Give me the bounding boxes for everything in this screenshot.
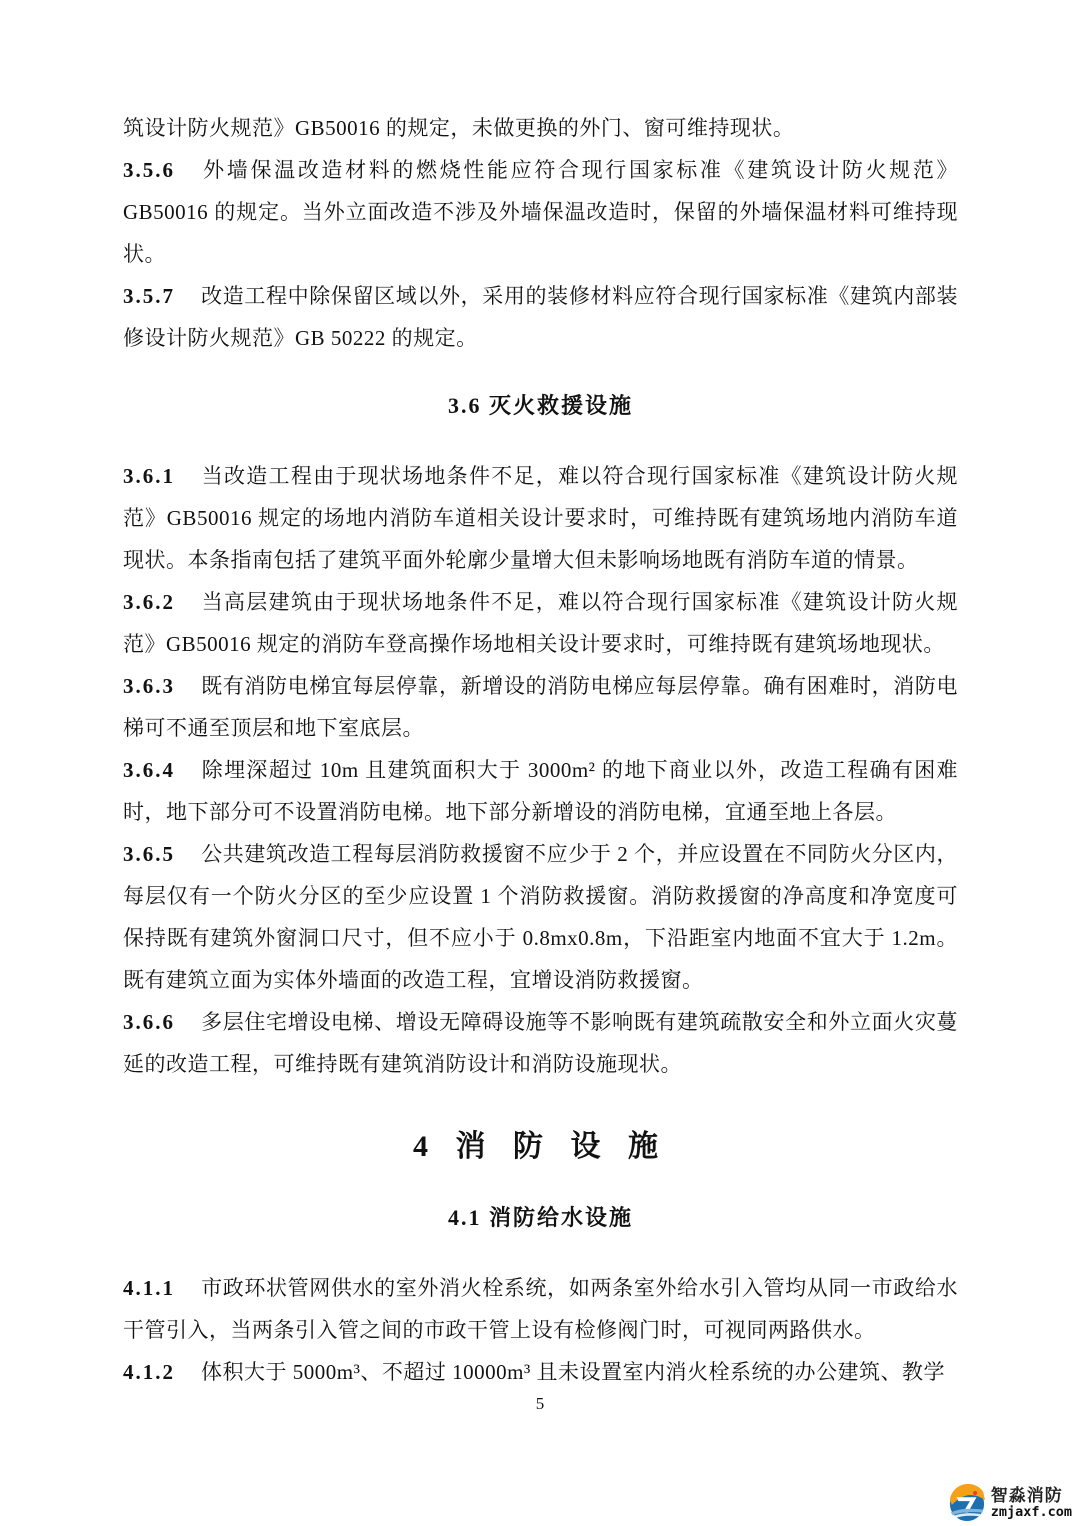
clause-3-6-6: 3.6.6多层住宅增设电梯、增设无障碍设施等不影响既有建筑疏散安全和外立面火灾蔓…	[123, 1001, 958, 1085]
zhimiao-logo-icon	[948, 1484, 986, 1522]
clause-number: 3.5.7	[123, 284, 175, 308]
clause-number: 3.6.5	[123, 842, 175, 866]
clause-3-6-2: 3.6.2当高层建筑由于现状场地条件不足，难以符合现行国家标准《建筑设计防火规范…	[123, 581, 958, 665]
clause-3-6-1: 3.6.1当改造工程由于现状场地条件不足，难以符合现行国家标准《建筑设计防火规范…	[123, 455, 958, 581]
document-page: 筑设计防火规范》GB50016 的规定，未做更换的外门、窗可维持现状。 3.5.…	[0, 0, 1080, 1526]
section-heading-4-1: 4.1 消防给水设施	[123, 1197, 958, 1239]
watermark-brand-name: 智淼消防	[991, 1487, 1072, 1505]
clause-3-6-5: 3.6.5公共建筑改造工程每层消防救援窗不应少于 2 个，并应设置在不同防火分区…	[123, 833, 958, 1001]
clause-3-5-7: 3.5.7改造工程中除保留区域以外，采用的装修材料应符合现行国家标准《建筑内部装…	[123, 275, 958, 359]
clause-text: 多层住宅增设电梯、增设无障碍设施等不影响既有建筑疏散安全和外立面火灾蔓延的改造工…	[123, 1010, 958, 1076]
section-heading-3-6: 3.6 灭火救援设施	[123, 385, 958, 427]
clause-number: 4.1.2	[123, 1360, 175, 1384]
chapter-heading-4: 4 消 防 设 施	[123, 1123, 958, 1171]
clause-number: 3.6.1	[123, 464, 175, 488]
clause-text: 当高层建筑由于现状场地条件不足，难以符合现行国家标准《建筑设计防火规范》GB50…	[123, 590, 958, 656]
clause-number: 4.1.1	[123, 1276, 175, 1300]
page-number: 5	[0, 1394, 1080, 1414]
clause-number: 3.6.3	[123, 674, 175, 698]
clause-number: 3.6.4	[123, 758, 175, 782]
paragraph-continuation: 筑设计防火规范》GB50016 的规定，未做更换的外门、窗可维持现状。	[123, 107, 958, 149]
clause-text: 既有消防电梯宜每层停靠，新增设的消防电梯应每层停靠。确有困难时，消防电梯可不通至…	[123, 674, 958, 740]
clause-3-5-6: 3.5.6外墙保温改造材料的燃烧性能应符合现行国家标准《建筑设计防火规范》GB5…	[123, 149, 958, 275]
watermark-text: 智淼消防 zmjaxf.com	[991, 1487, 1072, 1519]
clause-3-6-4: 3.6.4除埋深超过 10m 且建筑面积大于 3000m² 的地下商业以外，改造…	[123, 749, 958, 833]
watermark-site-url: zmjaxf.com	[991, 1505, 1072, 1519]
clause-text: 外墙保温改造材料的燃烧性能应符合现行国家标准《建筑设计防火规范》GB50016 …	[123, 158, 958, 266]
clause-number: 3.5.6	[123, 158, 175, 182]
clause-3-6-3: 3.6.3既有消防电梯宜每层停靠，新增设的消防电梯应每层停靠。确有困难时，消防电…	[123, 665, 958, 749]
clause-4-1-2: 4.1.2体积大于 5000m³、不超过 10000m³ 且未设置室内消火栓系统…	[123, 1351, 958, 1393]
clause-4-1-1: 4.1.1市政环状管网供水的室外消火栓系统，如两条室外给水引入管均从同一市政给水…	[123, 1267, 958, 1351]
clause-text: 市政环状管网供水的室外消火栓系统，如两条室外给水引入管均从同一市政给水干管引入，…	[123, 1276, 958, 1342]
paragraph-text: 筑设计防火规范》GB50016 的规定，未做更换的外门、窗可维持现状。	[123, 116, 794, 140]
clause-number: 3.6.2	[123, 590, 175, 614]
clause-text: 体积大于 5000m³、不超过 10000m³ 且未设置室内消火栓系统的办公建筑…	[201, 1360, 945, 1384]
clause-number: 3.6.6	[123, 1010, 175, 1034]
clause-text: 当改造工程由于现状场地条件不足，难以符合现行国家标准《建筑设计防火规范》GB50…	[123, 464, 958, 572]
zhimiao-watermark: 智淼消防 zmjaxf.com	[948, 1484, 1072, 1522]
clause-text: 公共建筑改造工程每层消防救援窗不应少于 2 个，并应设置在不同防火分区内，每层仅…	[123, 842, 958, 992]
document-body: 筑设计防火规范》GB50016 的规定，未做更换的外门、窗可维持现状。 3.5.…	[123, 107, 958, 1393]
clause-text: 改造工程中除保留区域以外，采用的装修材料应符合现行国家标准《建筑内部装修设计防火…	[123, 284, 958, 350]
clause-text: 除埋深超过 10m 且建筑面积大于 3000m² 的地下商业以外，改造工程确有困…	[123, 758, 958, 824]
